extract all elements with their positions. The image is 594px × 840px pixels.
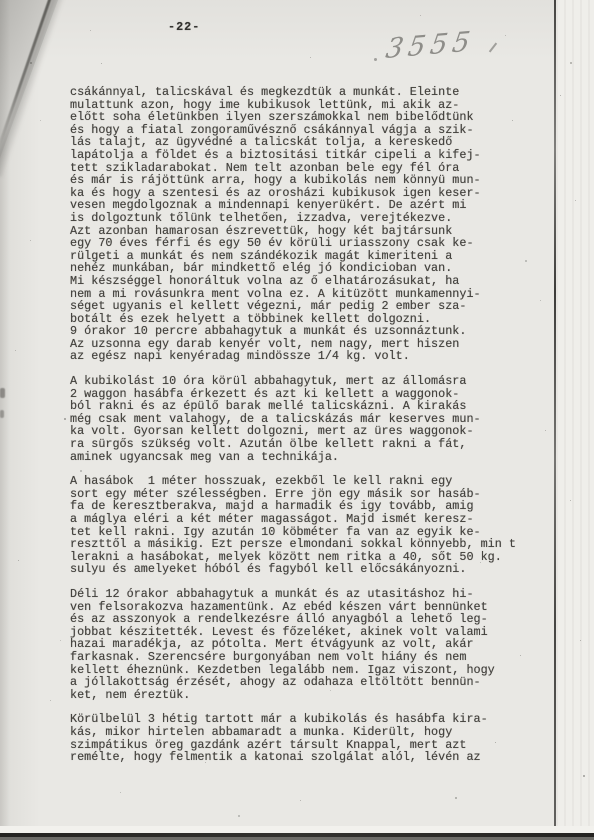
paper-noise-speckles [0, 0, 2, 2]
page-number: -22- [168, 20, 200, 34]
typewritten-paragraph-5: Körülbelül 3 hétig tartott már a kubikol… [70, 713, 540, 763]
typewritten-paragraph-1: csákánnyal, talicskával és megkezdtük a … [70, 86, 540, 363]
left-edge-shading [0, 0, 10, 840]
typewritten-paragraph-4: Déli 12 órakor abbahagytuk a munkát és a… [70, 588, 540, 701]
left-edge-smudge [0, 388, 5, 398]
pencil-tick-mark [489, 43, 497, 53]
bottom-page-fade [0, 826, 594, 833]
typewritten-paragraph-2: A kubikolást 10 óra körül abbahagytuk, m… [70, 375, 540, 463]
handwritten-annotation: 3555 [384, 26, 477, 65]
typewritten-text-block: csákánnyal, talicskával és megkezdtük a … [70, 86, 540, 776]
scanned-document-page: -22- 3555 csákánnyal, talicskával és meg… [0, 0, 594, 840]
pencil-dot-mark [374, 58, 377, 61]
binding-edge-line [554, 0, 556, 834]
right-margin-strip [556, 0, 594, 834]
typewritten-paragraph-3: A hasábok 1 méter hosszuak, ezekből le k… [70, 475, 540, 576]
left-edge-smudge [0, 410, 4, 418]
